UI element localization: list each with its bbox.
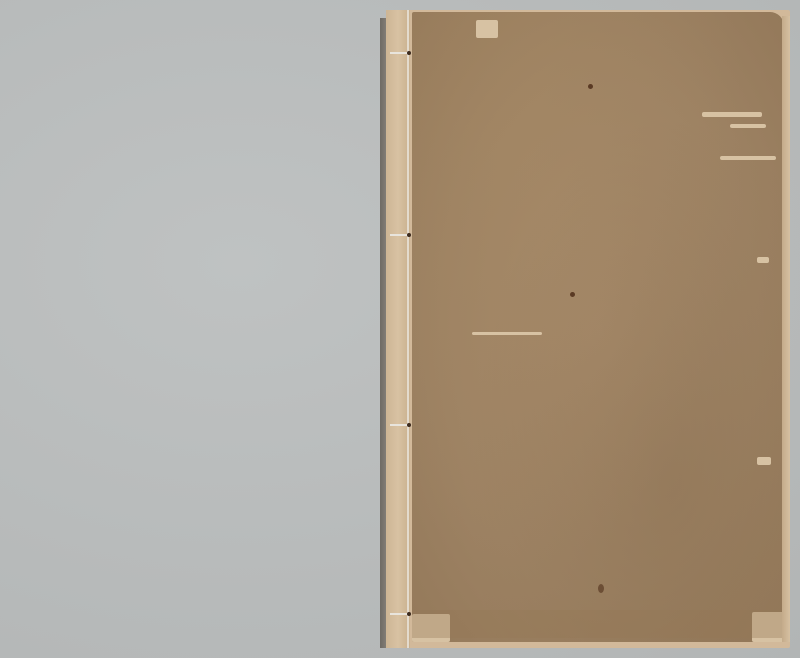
stitch xyxy=(390,424,409,426)
cover-tear xyxy=(476,20,498,38)
cover-stain xyxy=(570,292,575,297)
cover-tear xyxy=(720,156,776,160)
book-cover xyxy=(412,12,784,642)
cover-tear xyxy=(702,112,762,117)
cover-tear xyxy=(757,257,769,263)
cover-tear xyxy=(730,124,766,128)
stitch xyxy=(390,613,409,615)
cover-bottom-wear xyxy=(412,610,784,638)
binding-thread xyxy=(407,10,409,648)
cover-tear xyxy=(757,457,771,465)
book xyxy=(386,10,790,648)
cover-stain xyxy=(588,84,593,89)
page-edges xyxy=(782,16,790,642)
stitch xyxy=(390,234,409,236)
cover-stain xyxy=(598,584,604,593)
cover-tear xyxy=(472,332,542,335)
stitch xyxy=(390,52,409,54)
